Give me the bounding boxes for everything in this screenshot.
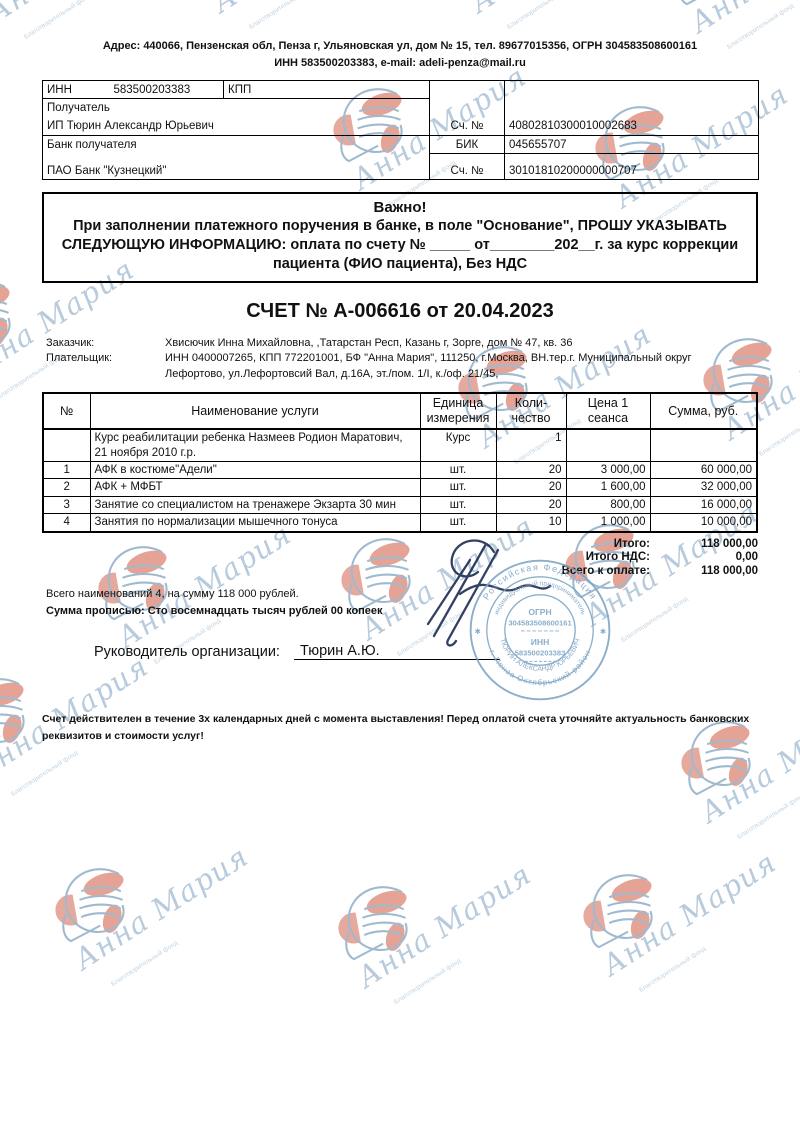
- payer-value: ИНН 0400007265, КПП 772201001, БФ "Анна …: [165, 351, 735, 383]
- cell-unit: шт.: [420, 514, 496, 532]
- recipient-bank-name: ПАО Банк "Кузнецкий": [43, 154, 430, 180]
- cell-sum: 32 000,00: [650, 479, 757, 496]
- cell-service: Занятия по нормализации мышечного тонуса: [90, 514, 420, 532]
- cell-qty: 20: [496, 496, 566, 513]
- cell-qty: 20: [496, 479, 566, 496]
- cell-price: 800,00: [566, 496, 650, 513]
- corr-account-label: Сч. №: [430, 154, 505, 180]
- invoice-page: Анна МарияБлаготворительный фондАнна Мар…: [0, 0, 800, 1128]
- cell-sum: 60 000,00: [650, 462, 757, 479]
- notice-body: При заполнении платежного поручения в ба…: [54, 217, 746, 274]
- cell-service: АФК в костюме"Адели": [90, 462, 420, 479]
- col-header-service: Наименование услуги: [90, 393, 420, 429]
- account-number: 40802810300010002683: [505, 116, 759, 136]
- stamp-ogrn-value: 304583508600161: [508, 618, 572, 627]
- address-line-2: ИНН 583500203383, e-mail: adeli-penza@ma…: [20, 55, 780, 72]
- important-notice-box: Важно! При заполнении платежного поручен…: [42, 192, 758, 283]
- validity-note: Счет действителен в течение 3х календарн…: [42, 711, 798, 745]
- cell-price: [566, 429, 650, 461]
- cell-price: 1 600,00: [566, 479, 650, 496]
- total-label: Итого:: [614, 538, 650, 552]
- round-stamp: Российская Федерация г. Пенза Октябрьски…: [464, 554, 616, 706]
- services-header-row: № Наименование услуги Единица измерения …: [43, 393, 757, 429]
- cell-qty: 10: [496, 514, 566, 532]
- account-label: Сч. №: [430, 116, 505, 136]
- notice-title: Важно!: [54, 198, 746, 218]
- total-vat-value: 0,00: [650, 551, 758, 565]
- table-row: 2 АФК + МФБТ шт. 20 1 600,00 32 000,00: [43, 479, 757, 496]
- inn-label: ИНН: [43, 81, 110, 99]
- invoice-content: Адрес: 440066, Пензенская обл, Пенза г, …: [0, 0, 800, 1128]
- cell-sum: 16 000,00: [650, 496, 757, 513]
- cell-qty: 20: [496, 462, 566, 479]
- recipient-label: Получатель: [43, 99, 430, 117]
- payer-row: Плательщик: ИНН 0400007265, КПП 77220100…: [46, 351, 800, 383]
- cell-number: 1: [43, 462, 90, 479]
- cell-qty: 1: [496, 429, 566, 461]
- cell-price: 1 000,00: [566, 514, 650, 532]
- col-header-sum: Сумма, руб.: [650, 393, 757, 429]
- table-row: 1 АФК в костюме"Адели" шт. 20 3 000,00 6…: [43, 462, 757, 479]
- services-table: № Наименование услуги Единица измерения …: [42, 392, 758, 532]
- total-value: 118 000,00: [650, 538, 758, 552]
- recipient-name: ИП Тюрин Александр Юрьевич: [43, 116, 430, 136]
- cell-unit: шт.: [420, 462, 496, 479]
- table-row: Курс реабилитации ребенка Назмеев Родион…: [43, 429, 757, 461]
- cell-unit: Курс: [420, 429, 496, 461]
- director-label: Руководитель организации:: [94, 644, 280, 660]
- col-header-number: №: [43, 393, 90, 429]
- cell-sum: [650, 429, 757, 461]
- cell-sum: 10 000,00: [650, 514, 757, 532]
- stamp-star-left: ✱: [474, 627, 481, 636]
- cell-unit: шт.: [420, 496, 496, 513]
- customer-value: Хвисючик Инна Михайловна, ,Татарстан Рес…: [165, 336, 735, 352]
- payer-label: Плательщик:: [46, 351, 165, 383]
- total-row: Итого НДС: 0,00: [0, 551, 758, 565]
- total-row: Итого: 118 000,00: [0, 538, 758, 552]
- table-row: 3 Занятие со специалистом на тренажере Э…: [43, 496, 757, 513]
- total-due-value: 118 000,00: [650, 565, 758, 579]
- cell-unit: шт.: [420, 479, 496, 496]
- bik-value: 045655707: [505, 136, 759, 154]
- parties-block: Заказчик: Хвисючик Инна Михайловна, ,Тат…: [46, 336, 800, 384]
- customer-row: Заказчик: Хвисючик Инна Михайловна, ,Тат…: [46, 336, 800, 352]
- recipient-bank-label: Банк получателя: [43, 136, 430, 154]
- corr-account-number: 30101810200000000707: [505, 154, 759, 180]
- cell-number: 3: [43, 496, 90, 513]
- bik-label: БИК: [430, 136, 505, 154]
- stamp-ogrn-label: ОГРН: [528, 607, 551, 617]
- kpp-label: КПП: [224, 81, 430, 99]
- invoice-title: СЧЕТ № А-006616 от 20.04.2023: [0, 300, 800, 323]
- table-row: 4 Занятия по нормализации мышечного тону…: [43, 514, 757, 532]
- cell-service: АФК + МФБТ: [90, 479, 420, 496]
- cell-number: [43, 429, 90, 461]
- account-label-spacer: [430, 81, 505, 117]
- customer-label: Заказчик:: [46, 336, 165, 352]
- account-value-spacer: [505, 81, 759, 117]
- col-header-qty: Коли-чество: [496, 393, 566, 429]
- col-header-unit: Единица измерения: [420, 393, 496, 429]
- total-row: Всего к оплате: 118 000,00: [0, 565, 758, 579]
- company-address: Адрес: 440066, Пензенская обл, Пенза г, …: [20, 38, 780, 71]
- stamp-star-right: ✱: [600, 627, 607, 636]
- cell-service: Курс реабилитации ребенка Назмеев Родион…: [90, 429, 420, 461]
- address-line-1: Адрес: 440066, Пензенская обл, Пенза г, …: [20, 38, 780, 55]
- stamp-inn-value: 583500203383: [515, 649, 566, 658]
- inn-value: 583500203383: [110, 81, 224, 99]
- totals-block: Итого: 118 000,00 Итого НДС: 0,00 Всего …: [0, 538, 758, 579]
- bank-requisites-table: ИНН 583500203383 КПП Получатель ИП Тюрин…: [42, 80, 759, 180]
- col-header-price: Цена 1 сеанса: [566, 393, 650, 429]
- cell-service: Занятие со специалистом на тренажере Экз…: [90, 496, 420, 513]
- cell-number: 4: [43, 514, 90, 532]
- cell-number: 2: [43, 479, 90, 496]
- cell-price: 3 000,00: [566, 462, 650, 479]
- stamp-inn-label: ИНН: [531, 637, 550, 647]
